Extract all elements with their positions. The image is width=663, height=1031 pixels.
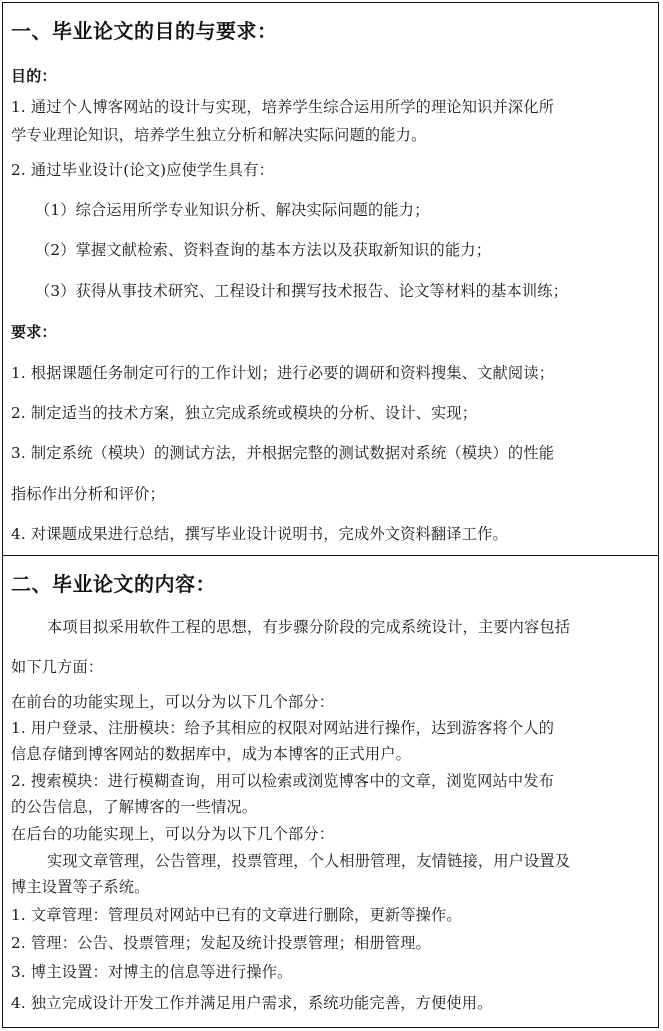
frontend-item-2-line-1: 2. 搜索模块：进行模糊查询，用可以检索或浏览博客中的文章，浏览网站中发布 (11, 774, 554, 789)
backend-item-3: 3. 博主设置：对博主的信息等进行操作。 (11, 965, 293, 980)
section1-heading: 一、毕业论文的目的与要求： (11, 21, 278, 41)
backend-item-4: 4. 独立完成设计开发工作并满足用户需求，系统功能完善，方便使用。 (11, 996, 493, 1011)
requirement-item-3-line-2: 指标作出分析和评价； (11, 487, 165, 502)
purpose-requirements-cell: 一、毕业论文的目的与要求： 目的： 1. 通过个人博客网站的设计与实现，培养学生… (3, 3, 658, 556)
requirement-item-1: 1. 根据课题任务制定可行的工作计划；进行必要的调研和资料搜集、文献阅读； (11, 366, 554, 381)
frontend-item-2-line-2: 的公告信息，了解博客的一些情况。 (11, 800, 257, 815)
backend-item-1: 1. 文章管理：管理员对网站中已有的文章进行删除，更新等操作。 (11, 908, 462, 923)
requirement-item-3-line-1: 3. 制定系统（模块）的测试方法，并根据完整的测试数据对系统（模块）的性能 (11, 446, 554, 461)
purpose-label: 目的： (11, 69, 57, 84)
content-cell: 二、毕业论文的内容： 本项目拟采用软件工程的思想，有步骤分阶段的完成系统设计，主… (3, 556, 658, 1027)
backend-item-2: 2. 管理：公告、投票管理；发起及统计投票管理；相册管理。 (11, 936, 431, 951)
purpose-subitem-3: （3）获得从事技术研究、工程设计和撰写技术报告、论文等材料的基本训练； (35, 284, 568, 299)
backend-label: 在后台的功能实现上，可以分为以下几个部分： (11, 827, 334, 842)
section2-heading: 二、毕业论文的内容： (11, 574, 216, 594)
purpose-item-2: 2. 通过毕业设计(论文)应使学生具有： (11, 163, 274, 178)
purpose-subitem-1: （1）综合运用所学专业知识分析、解决实际问题的能力； (35, 203, 430, 218)
requirements-label: 要求： (11, 325, 57, 340)
frontend-label: 在前台的功能实现上，可以分为以下几个部分： (11, 695, 334, 710)
purpose-item-1-line-1: 1. 通过个人博客网站的设计与实现，培养学生综合运用所学的理论知识并深化所 (11, 100, 554, 115)
intro-line-1: 本项目拟采用软件工程的思想，有步骤分阶段的完成系统设计，主要内容包括 (47, 620, 570, 635)
requirement-item-4: 4. 对课题成果进行总结，撰写毕业设计说明书，完成外文资料翻译工作。 (11, 527, 508, 542)
frontend-item-1-line-2: 信息存储到博客网站的数据库中，成为本博客的正式用户。 (11, 747, 411, 762)
requirement-item-2: 2. 制定适当的技术方案，独立完成系统或模块的分析、设计、实现； (11, 406, 477, 421)
purpose-item-1-line-2: 学专业理论知识，培养学生独立分析和解决实际问题的能力。 (11, 128, 426, 143)
backend-summary-line-2: 博主设置等子系统。 (11, 880, 150, 895)
intro-line-2: 如下几方面： (11, 660, 103, 675)
frontend-item-1-line-1: 1. 用户登录、注册模块：给予其相应的权限对网站进行操作，达到游客将个人的 (11, 721, 554, 736)
purpose-subitem-2: （2）掌握文献检索、资料查询的基本方法以及获取新知识的能力； (35, 243, 491, 258)
document-table: 一、毕业论文的目的与要求： 目的： 1. 通过个人博客网站的设计与实现，培养学生… (2, 2, 659, 1028)
backend-summary-line-1: 实现文章管理，公告管理，投票管理，个人相册管理，友情链接，用户设置及 (47, 854, 570, 869)
